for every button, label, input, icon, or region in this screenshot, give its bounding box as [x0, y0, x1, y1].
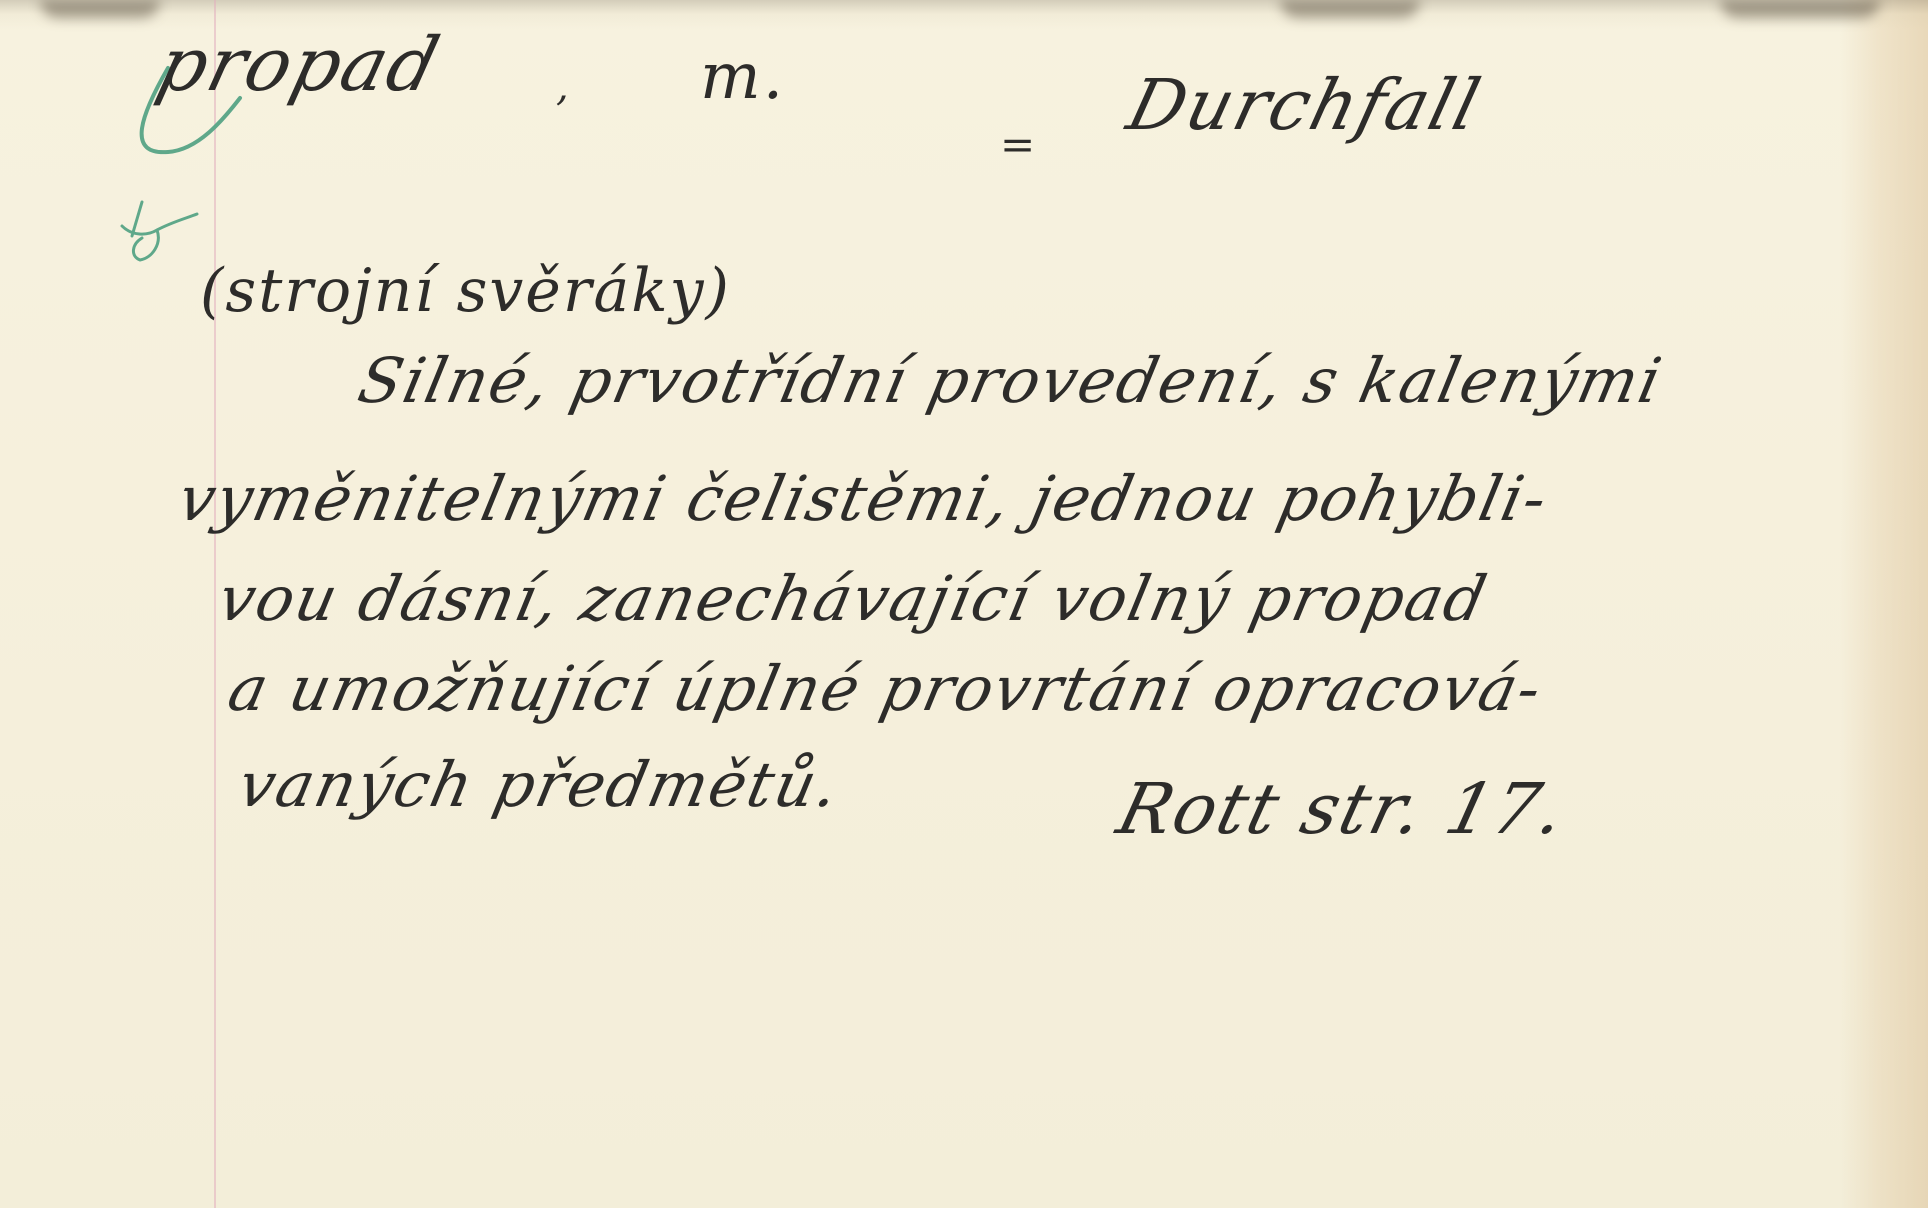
- german-translation: Durchfall: [1120, 64, 1490, 146]
- definition-line: vaných předmětů.: [232, 748, 847, 821]
- green-editor-mark-icon: [112, 196, 202, 266]
- scan-shadow-right: [1720, 0, 1880, 18]
- headword-mark: ,: [556, 64, 571, 110]
- definition-line: a umožňující úplné provrtání opracová-: [222, 652, 1549, 725]
- index-card: propad , m. = Durchfall (strojní svěráky…: [0, 0, 1928, 1208]
- equals-sign: =: [1000, 120, 1037, 169]
- margin-line: [214, 0, 216, 1208]
- grammatical-gender: m.: [700, 40, 785, 114]
- definition-line: vyměnitelnými čelistěmi, jednou pohybli-: [172, 462, 1555, 535]
- scan-shadow-left: [40, 0, 160, 18]
- scan-shadow-center: [1280, 0, 1420, 18]
- definition-line: vou dásní, zanechávající volný propad: [212, 562, 1494, 635]
- source-reference: Rott str. 17.: [1110, 768, 1575, 850]
- domain-note: (strojní svěráky): [200, 256, 731, 326]
- definition-line: Silné, prvotřídní provedení, s kalenými: [352, 344, 1669, 417]
- headword: propad: [149, 22, 449, 108]
